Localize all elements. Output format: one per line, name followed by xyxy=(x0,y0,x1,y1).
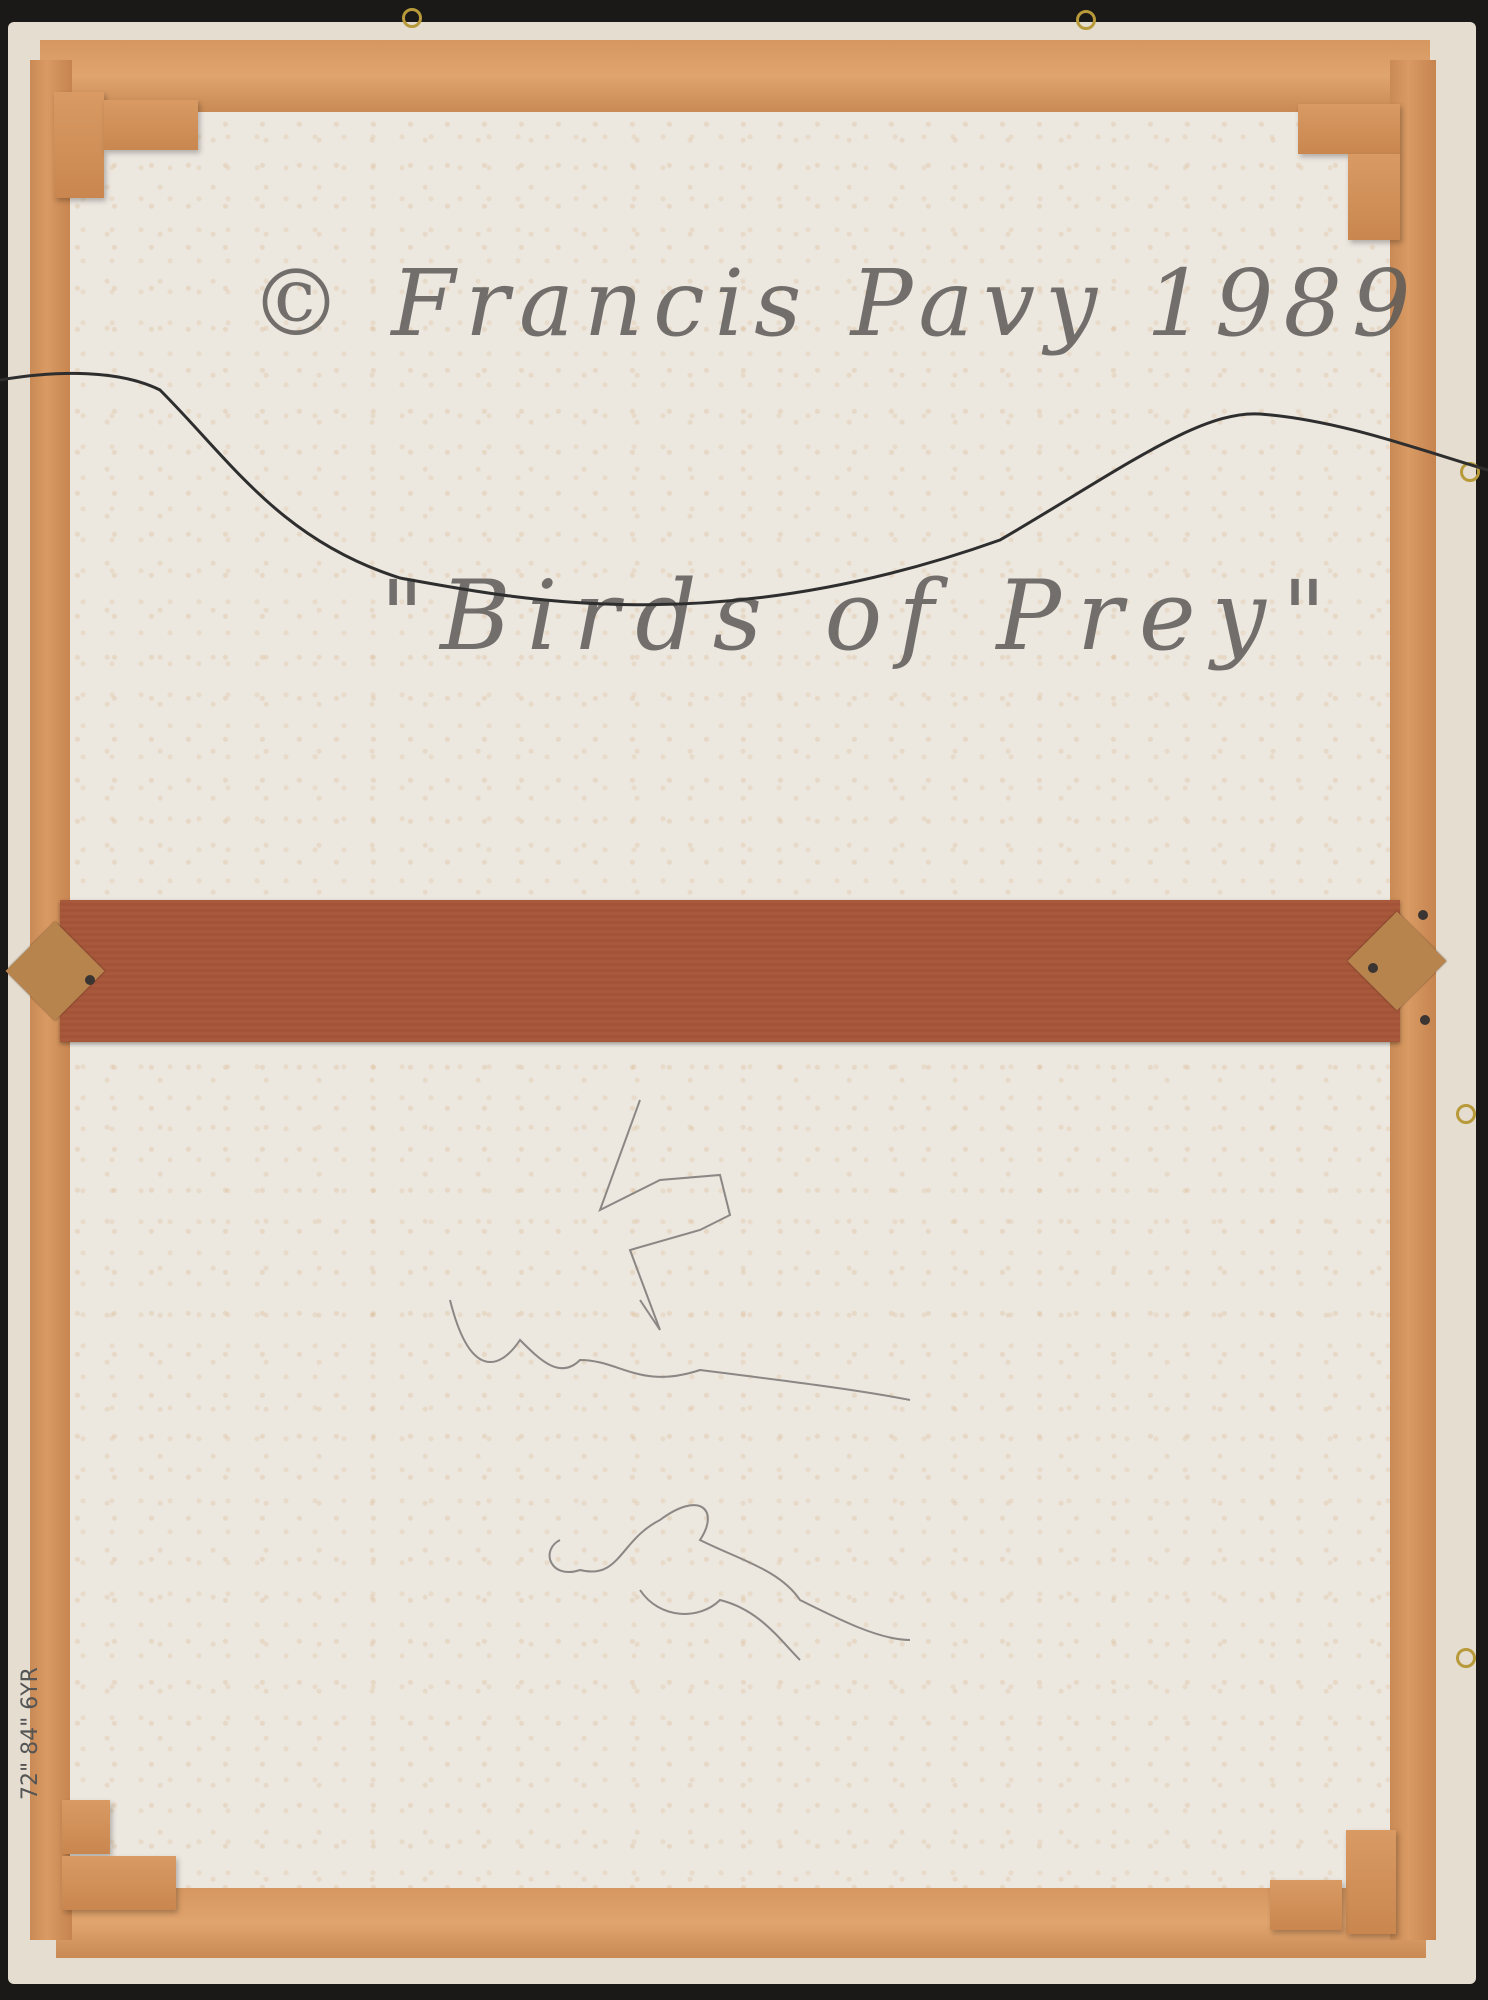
hanging-wire xyxy=(0,373,1488,604)
wire-and-sketch-layer xyxy=(0,0,1488,2000)
lower-figure-sketch xyxy=(550,1505,910,1660)
upper-figure-sketch xyxy=(450,1100,910,1400)
